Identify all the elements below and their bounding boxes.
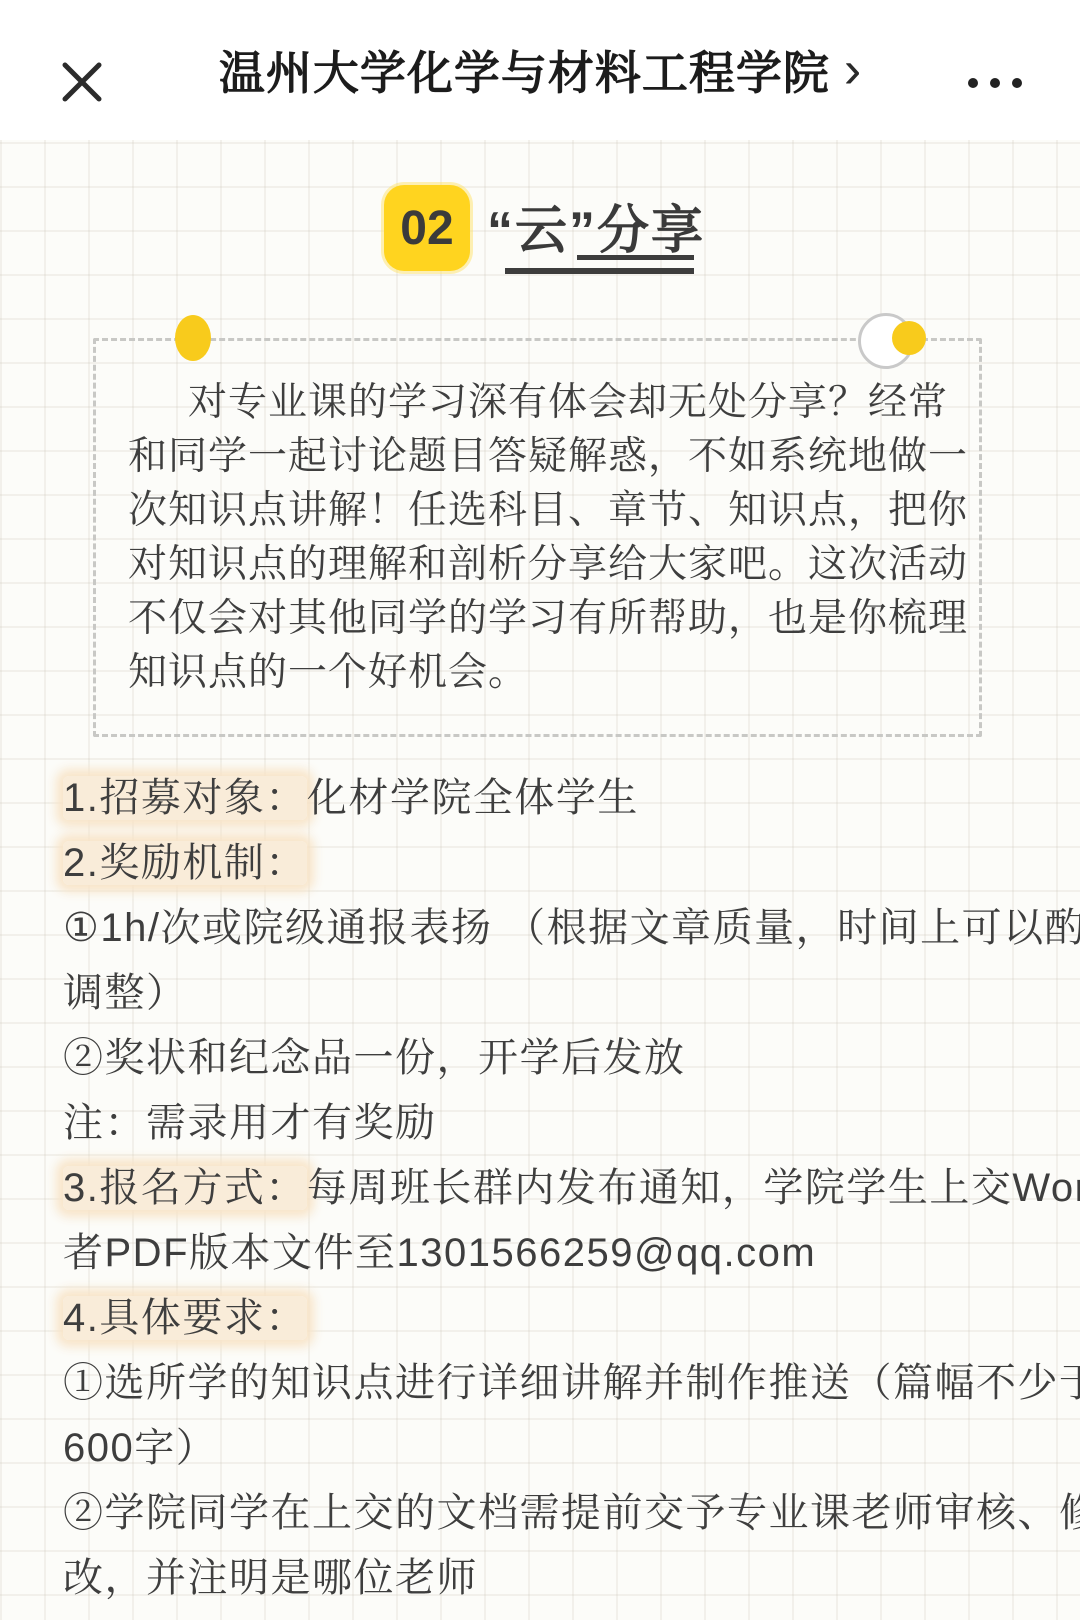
list-item-note: 注：需录用才有奖励 [63, 1091, 1053, 1156]
highlighted-label: 1.招募对象： [63, 776, 307, 820]
section-number-badge: 02 [384, 185, 470, 271]
wechat-article-page: 温州大学化学与材料工程学院 › 02 “云”分享 对专业课的学习深有体会却无处分… [0, 0, 1080, 1620]
intro-line: 知识点的一个好机会。 [128, 646, 955, 700]
list-item-text: 化材学院全体学生 [307, 776, 639, 820]
highlighted-label: 3.报名方式： [63, 1166, 307, 1210]
yellow-dot-decoration-right [892, 321, 926, 355]
intro-line: 和同学一起讨论题目答疑解惑，不如系统地做一 [128, 430, 955, 484]
list-item-text: 调整） [63, 971, 188, 1015]
highlighted-label: 4.具体要求： [63, 1296, 307, 1340]
title-underline-bottom [505, 268, 694, 274]
list-item-text: ①选所学的知识点进行详细讲解并制作推送（篇幅不少于 [63, 1361, 1080, 1405]
list-item-signup-method: 3.报名方式：每周班长群内发布通知，学院学生上交Word或 [63, 1156, 1053, 1221]
intro-line: 次知识点讲解！任选科目、章节、知识点，把你 [128, 484, 955, 538]
list-item-text: ①1h/次或院级通报表扬 （根据文章质量，时间上可以酌情 [63, 906, 1080, 950]
list-item-text: ①1h/次或院级通报表扬 （根据文章质量，时间上可以酌情 [63, 896, 1053, 961]
highlighted-label: 2.奖励机制： [63, 841, 307, 885]
intro-dashed-box: 对专业课的学习深有体会却无处分享？经常 和同学一起讨论题目答疑解惑，不如系统地做… [93, 338, 982, 737]
account-title-row[interactable]: 温州大学化学与材料工程学院 › [0, 0, 1080, 140]
list-item-text: 者PDF版本文件至1301566259@qq.com [63, 1231, 816, 1275]
list-item-text: 改，并注明是哪位老师 [63, 1556, 478, 1600]
list-item-text: ②学院同学在上交的文档需提前交予专业课老师审核、修 [63, 1481, 1053, 1546]
list-item-email: 者PDF版本文件至1301566259@qq.com [63, 1221, 1053, 1286]
intro-line: 对专业课的学习深有体会却无处分享？经常 [128, 376, 955, 430]
title-underline-top [577, 255, 694, 260]
list-item-text: 调整） [63, 961, 1053, 1026]
more-menu-icon[interactable] [968, 78, 1022, 88]
intro-line: 对知识点的理解和剖析分享给大家吧。这次活动 [128, 538, 955, 592]
list-item-reward-mechanism: 2.奖励机制： [63, 831, 1053, 896]
dot [990, 78, 1000, 88]
chevron-right-icon: › [844, 47, 861, 93]
top-navigation-bar: 温州大学化学与材料工程学院 › [0, 0, 1080, 140]
dot [968, 78, 978, 88]
list-item-recruit-target: 1.招募对象：化材学院全体学生 [63, 766, 1053, 831]
list-item-requirements: 4.具体要求： [63, 1286, 1053, 1351]
section-title: “云”分享 [487, 188, 705, 263]
intro-line: 不仅会对其他同学的学习有所帮助，也是你梳理 [128, 592, 955, 646]
article-body: 1.招募对象：化材学院全体学生 2.奖励机制： ①1h/次或院级通报表扬 （根据… [63, 766, 1053, 1611]
list-item-text: ②奖状和纪念品一份，开学后发放 [63, 1026, 1053, 1091]
list-item-text: ①选所学的知识点进行详细讲解并制作推送（篇幅不少于 [63, 1351, 1053, 1416]
list-item-text: 注：需录用才有奖励 [63, 1101, 437, 1145]
list-item-text: ②奖状和纪念品一份，开学后发放 [63, 1036, 686, 1080]
yellow-dot-decoration-left [175, 315, 211, 361]
list-item-text: 600字） [63, 1426, 217, 1470]
account-title: 温州大学化学与材料工程学院 [219, 37, 830, 103]
dot [1012, 78, 1022, 88]
list-item-text: ②学院同学在上交的文档需提前交予专业课老师审核、修 [63, 1491, 1080, 1535]
list-item-text: 600字） [63, 1416, 1053, 1481]
list-item-text: 每周班长群内发布通知，学院学生上交Word或 [307, 1166, 1080, 1210]
list-item-text: 改，并注明是哪位老师 [63, 1546, 1053, 1611]
